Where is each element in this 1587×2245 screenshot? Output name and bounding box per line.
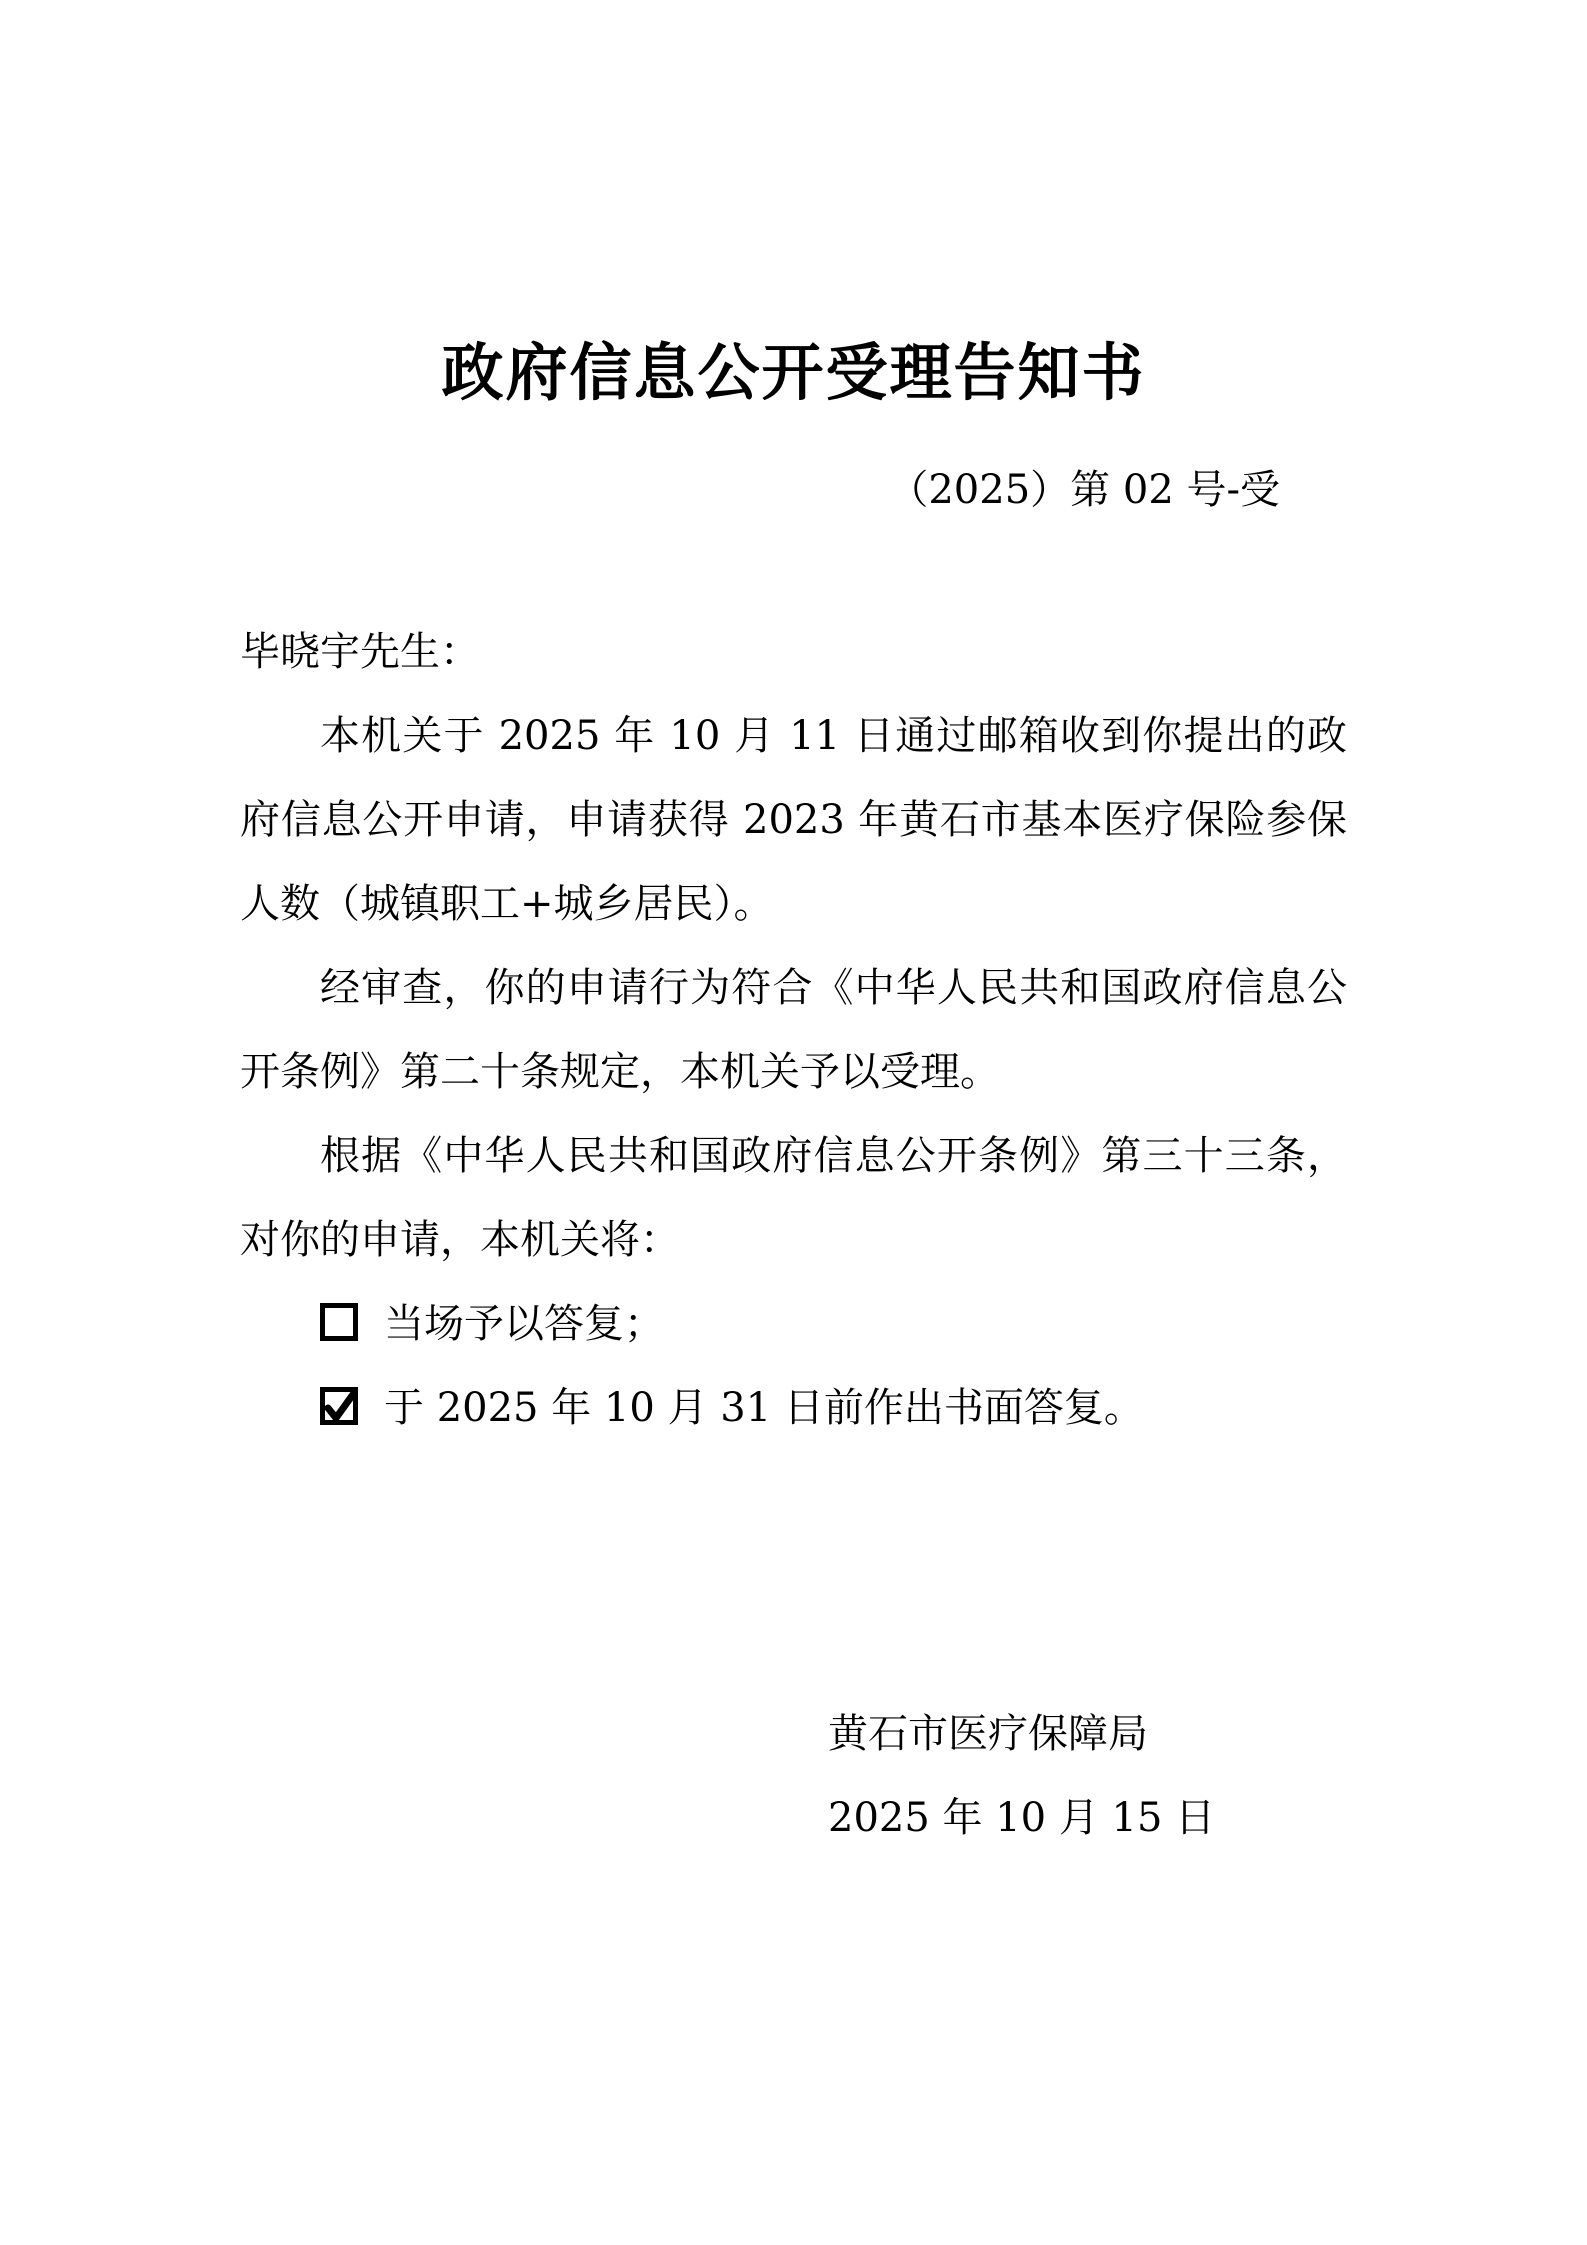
paragraph-legal-basis: 根据《中华人民共和国政府信息公开条例》第三十三条，对你的申请，本机关将： bbox=[240, 1114, 1347, 1282]
option-written-reply-label: 于 2025 年 10 月 31 日前作出书面答复。 bbox=[384, 1385, 1144, 1431]
paragraph-review-result: 经审查，你的申请行为符合《中华人民共和国政府信息公开条例》第二十条规定，本机关予… bbox=[240, 946, 1347, 1114]
signature-block: 黄石市医疗保障局 2025 年 10 月 15 日 bbox=[240, 1692, 1347, 1860]
check-icon bbox=[323, 1382, 359, 1426]
document-title: 政府信息公开受理告知书 bbox=[0, 0, 1587, 416]
signature-date: 2025 年 10 月 15 日 bbox=[828, 1776, 1347, 1860]
document-page: 政府信息公开受理告知书 （2025）第 02 号-受 毕晓宇先生： 本机关于 2… bbox=[0, 0, 1587, 2245]
signature-agency: 黄石市医疗保障局 bbox=[828, 1692, 1347, 1776]
document-body: 毕晓宇先生： 本机关于 2025 年 10 月 11 日通过邮箱收到你提出的政府… bbox=[0, 610, 1587, 1860]
salutation: 毕晓宇先生： bbox=[240, 610, 1347, 694]
paragraph-request-received: 本机关于 2025 年 10 月 11 日通过邮箱收到你提出的政府信息公开申请，… bbox=[240, 694, 1347, 946]
document-number: （2025）第 02 号-受 bbox=[0, 460, 1587, 520]
checkbox-unchecked-icon[interactable] bbox=[320, 1303, 358, 1341]
option-written-reply: 于 2025 年 10 月 31 日前作出书面答复。 bbox=[240, 1366, 1347, 1450]
checkbox-checked-icon[interactable] bbox=[320, 1387, 358, 1425]
option-answer-onsite: 当场予以答复； bbox=[240, 1282, 1347, 1366]
option-answer-onsite-label: 当场予以答复； bbox=[384, 1301, 664, 1347]
